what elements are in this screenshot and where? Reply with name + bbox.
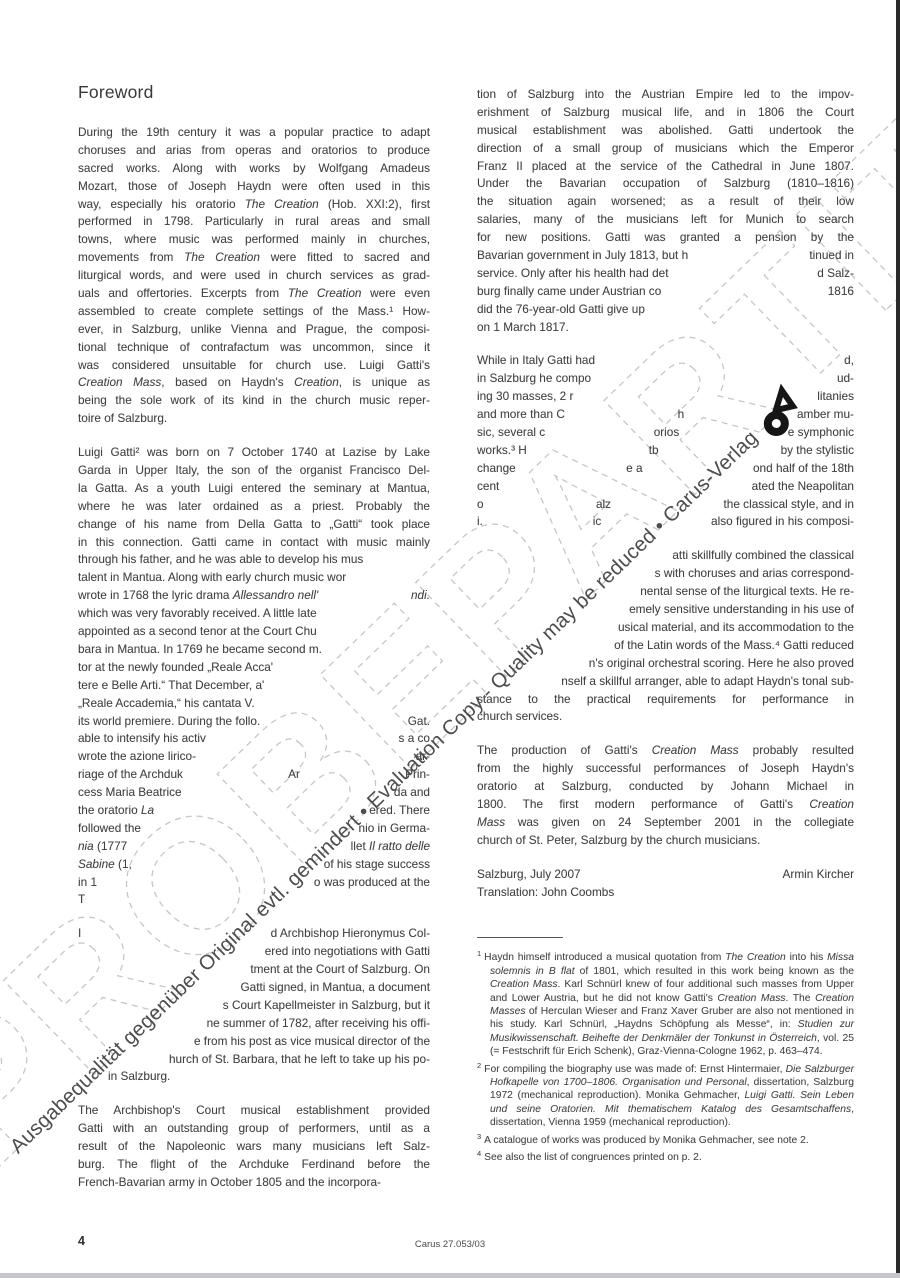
- text-fragment: performed in 1798. Particularly in rural…: [78, 214, 430, 228]
- text-fragment: musical establishment was abolished. Gat…: [477, 123, 854, 137]
- text-fragment: the classical style, and in: [724, 496, 855, 514]
- text-fragment: burg. The flight of the Archduke Ferdina…: [78, 1157, 430, 1171]
- text-fragment: Mass was given on 24 September 2001 in t…: [477, 815, 854, 829]
- text-fragment: the oratorio La: [78, 802, 154, 820]
- text-fragment: d Salz-: [817, 265, 854, 283]
- text-line: stance to the practical requirements for…: [477, 691, 854, 709]
- footnote: 3A catalogue of works was produced by Mo…: [477, 1130, 854, 1147]
- text-fragment: hurch of St. Barbara, that he left to ta…: [169, 1052, 430, 1066]
- paragraph: The Archbishop's Court musical establish…: [78, 1102, 430, 1191]
- text-fragment: While in Italy Gatti had: [477, 352, 595, 370]
- text-line: Sabine (1,of his stage success: [78, 856, 430, 874]
- text-fragment: tb: [649, 442, 659, 460]
- text-line: Gatti with an outstanding group of perfo…: [78, 1120, 430, 1138]
- text-line: „Reale Accademia,“ his cantata V.: [78, 695, 430, 713]
- text-line: towns, where music was performed mainly …: [78, 231, 430, 249]
- text-line: assembled to create complete settings of…: [78, 303, 430, 321]
- text-line: ever, in Salzburg, unlike Vienna and Pra…: [78, 321, 430, 339]
- footer-catalog-number: Carus 27.053/03: [0, 1239, 900, 1250]
- text-fragment: la Gatta. As a youth Luigi entered the s…: [78, 481, 430, 495]
- text-fragment: Armin Kircher: [783, 866, 854, 884]
- text-line: sic, several coriose symphonic: [477, 424, 854, 442]
- paragraph: Luigi Gatti² was born on 7 October 1740 …: [78, 444, 430, 909]
- text-fragment: ne summer of 1782, after receiving his o…: [207, 1016, 430, 1030]
- text-line: The production of Gatti's Creation Mass …: [477, 742, 854, 760]
- text-fragment: on 1 March 1817.: [477, 320, 569, 334]
- text-fragment: stance to the practical requirements for…: [477, 692, 854, 706]
- text-fragment: works.³ H: [477, 442, 527, 460]
- text-line: sacred works. Along with works by Wolfga…: [78, 160, 430, 178]
- text-fragment: o was produced at the: [314, 874, 430, 892]
- text-fragment: was considered unsuitable for church use…: [78, 358, 430, 372]
- page-edge-right: [896, 0, 900, 1278]
- text-line: burg. The flight of the Archduke Ferdina…: [78, 1156, 430, 1174]
- paragraph: During the 19th century it was a popular…: [78, 124, 430, 428]
- text-line: Mass was given on 24 September 2001 in t…: [477, 814, 854, 832]
- text-fragment: where he was later ordained as a priest.…: [78, 499, 430, 513]
- text-fragment: church of St. Peter, Salzburg by the chu…: [477, 833, 760, 847]
- text-line: liturgical words, and were used in churc…: [78, 267, 430, 285]
- text-fragment: towns, where music was performed mainly …: [78, 232, 430, 246]
- text-fragment: the situation again worsened; as a resul…: [477, 194, 854, 208]
- footnote-number: 4: [477, 1149, 484, 1158]
- text-fragment: tere e Belle Arti.“ That December, a': [78, 678, 264, 692]
- text-fragment: burg finally came under Austrian co: [477, 283, 661, 301]
- text-line: talent in Mantua. Along with early churc…: [78, 569, 430, 587]
- text-fragment: During the 19th century it was a popular…: [78, 125, 430, 139]
- text-fragment: Creation Mass, based on Haydn's Creation…: [78, 375, 430, 389]
- text-fragment: Luigi Gatti² was born on 7 October 1740 …: [78, 445, 430, 459]
- text-fragment: movements from The Creation were fitted …: [78, 250, 430, 264]
- text-line: tment at the Court of Salzburg. On: [78, 961, 430, 979]
- text-fragment: 1816: [828, 283, 854, 301]
- text-fragment: Gatti with an outstanding group of perfo…: [78, 1121, 430, 1135]
- text-fragment: uals and offertories. Excerpts from The …: [78, 286, 430, 300]
- text-fragment: oratorio at Salzburg, conducted by Johan…: [477, 779, 854, 793]
- text-line: able to intensify his activs a co: [78, 730, 430, 748]
- text-fragment: tional technique of contrafactum was unc…: [78, 340, 430, 354]
- text-fragment: of the Latin words of the Mass.⁴ Gatti r…: [614, 638, 854, 652]
- text-line: tional technique of contrafactum was unc…: [78, 339, 430, 357]
- paragraph: tion of Salzburg into the Austrian Empir…: [477, 86, 854, 336]
- text-fragment: talent in Mantua. Along with early churc…: [78, 570, 346, 584]
- text-line: choruses and arias from operas and orato…: [78, 142, 430, 160]
- text-fragment: ing 30 masses, 2 r: [477, 388, 573, 406]
- text-fragment: also figured in his composi-: [711, 513, 854, 531]
- text-line: changee aond half of the 18th: [477, 460, 854, 478]
- page: PROBEPARTITUR Foreword During the 19th c…: [0, 0, 900, 1278]
- text-line: on 1 March 1817.: [477, 319, 854, 337]
- text-line: oratorio at Salzburg, conducted by Johan…: [477, 778, 854, 796]
- text-fragment: usical material, and its accommodation t…: [618, 620, 854, 634]
- text-fragment: French-Bavarian army in October 1805 and…: [78, 1175, 381, 1189]
- text-line: was considered unsuitable for church use…: [78, 357, 430, 375]
- text-line: Franz II placed at the service of the Ca…: [477, 158, 854, 176]
- text-line: musical establishment was abolished. Gat…: [477, 122, 854, 140]
- text-line: through his father, and he was able to d…: [78, 551, 430, 569]
- paragraph: The production of Gatti's Creation Mass …: [477, 742, 854, 849]
- text-line: The Archbishop's Court musical establish…: [78, 1102, 430, 1120]
- text-fragment: through his father, and he was able to d…: [78, 552, 363, 566]
- text-fragment: e symphonic: [788, 424, 854, 442]
- text-fragment: ud-: [837, 370, 854, 388]
- text-fragment: erishment of Salzburg musical life, and …: [477, 105, 854, 119]
- text-fragment: toire of Salzburg.: [78, 411, 167, 425]
- text-fragment: I: [78, 925, 81, 943]
- text-line: its world premiere. During the follo.Gat…: [78, 713, 430, 731]
- text-fragment: bara in Mantua. In 1769 he became second…: [78, 642, 322, 656]
- text-line: works.³ Htbby the stylistic: [477, 442, 854, 460]
- text-line: performed in 1798. Particularly in rural…: [78, 213, 430, 231]
- text-fragment: d,: [844, 352, 854, 370]
- text-line: la Gatta. As a youth Luigi entered the s…: [78, 480, 430, 498]
- text-fragment: nself a skillful arranger, able to adapt…: [561, 674, 854, 688]
- text-fragment: change of his name from Della Gatta to „…: [78, 517, 430, 531]
- text-line: wrote in 1768 the lyric drama Allessandr…: [78, 587, 430, 605]
- text-fragment: Under the Bavarian occupation of Salzbur…: [477, 176, 854, 190]
- text-fragment: Bavarian government in July 1813, but h: [477, 247, 688, 265]
- text-line: erishment of Salzburg musical life, and …: [477, 104, 854, 122]
- text-line: tor at the newly founded „Reale Acca': [78, 659, 430, 677]
- text-fragment: n's original orchestral scoring. Here he…: [589, 656, 854, 670]
- text-fragment: Translation: John Coombs: [477, 885, 614, 899]
- text-fragment: cess Maria Beatrice: [78, 784, 182, 802]
- page-title: Foreword: [78, 82, 154, 103]
- text-line: wrote the azione lirico-ar-: [78, 748, 430, 766]
- text-fragment: d Archbishop Hieronymus Col-: [271, 925, 430, 943]
- text-fragment: e from his post as vice musical director…: [194, 1034, 430, 1048]
- paragraph: Salzburg, July 2007Armin KircherTranslat…: [477, 866, 854, 902]
- footnote: 2For compiling the biography use was mad…: [477, 1059, 854, 1130]
- text-line: While in Italy Gatti hadd,: [477, 352, 854, 370]
- text-fragment: assembled to create complete settings of…: [78, 304, 430, 318]
- text-fragment: tinued in: [809, 247, 854, 265]
- footnote-separator: [477, 937, 563, 938]
- text-line: where he was later ordained as a priest.…: [78, 498, 430, 516]
- text-line: movements from The Creation were fitted …: [78, 249, 430, 267]
- text-fragment: orios: [654, 424, 680, 442]
- text-fragment: and more than C: [477, 406, 565, 424]
- text-fragment: tion of Salzburg into the Austrian Empir…: [477, 87, 854, 101]
- text-fragment: for new positions. Gatti was granted a p…: [477, 230, 854, 244]
- text-fragment: alz: [596, 496, 611, 514]
- text-fragment: by the stylistic: [781, 442, 854, 460]
- text-line: Luigi Gatti² was born on 7 October 1740 …: [78, 444, 430, 462]
- text-line: 1800. The first modern performance of Ga…: [477, 796, 854, 814]
- footnote: 1Haydn himself introduced a musical quot…: [477, 947, 854, 1058]
- text-fragment: direction of a small group of musicians …: [477, 141, 854, 155]
- text-fragment: way, especially his oratorio The Creatio…: [78, 197, 430, 211]
- text-fragment: ond half of the 18th: [753, 460, 854, 478]
- text-fragment: T: [78, 892, 85, 906]
- text-line: Gatti signed, in Mantua, a document: [78, 979, 430, 997]
- text-fragment: The Archbishop's Court musical establish…: [78, 1103, 430, 1117]
- text-fragment: salaries, many of the musicians left for…: [477, 212, 854, 226]
- text-line: service. Only after his health had detd …: [477, 265, 854, 283]
- text-line: in this connection. Gatti came in contac…: [78, 534, 430, 552]
- text-fragment: able to intensify his activ: [78, 730, 206, 748]
- text-line: s with choruses and arias correspond-: [477, 565, 854, 583]
- text-line: Creation Mass, based on Haydn's Creation…: [78, 374, 430, 392]
- text-fragment: wrote in 1768 the lyric drama Allessandr…: [78, 587, 318, 605]
- text-fragment: „Reale Accademia,“ his cantata V.: [78, 696, 255, 710]
- text-line: church services.: [477, 708, 854, 726]
- text-fragment: sic, several c: [477, 424, 545, 442]
- text-line: Bavarian government in July 1813, but ht…: [477, 247, 854, 265]
- text-line: nental sense of the liturgical texts. He…: [477, 583, 854, 601]
- text-line: Mozart, those of Joseph Haydn were often…: [78, 178, 430, 196]
- text-fragment: did the 76-year-old Gatti give up: [477, 302, 645, 316]
- text-fragment: ndi.: [411, 587, 430, 605]
- text-fragment: followed the: [78, 820, 141, 838]
- text-line: atti skillfully combined the classical: [477, 547, 854, 565]
- text-fragment: ever, in Salzburg, unlike Vienna and Pra…: [78, 322, 430, 336]
- text-line: the situation again worsened; as a resul…: [477, 193, 854, 211]
- text-line: result of the Napoleonic wars many music…: [78, 1138, 430, 1156]
- text-line: church of St. Peter, Salzburg by the chu…: [477, 832, 854, 850]
- text-line: which was very favorably received. A lit…: [78, 605, 430, 623]
- text-line: toire of Salzburg.: [78, 410, 430, 428]
- text-fragment: change: [477, 460, 516, 478]
- text-fragment: h: [678, 406, 685, 424]
- text-line: salaries, many of the musicians left for…: [477, 211, 854, 229]
- text-fragment: Mozart, those of Joseph Haydn were often…: [78, 179, 430, 193]
- text-line: being the sole work of its kind in the c…: [78, 392, 430, 410]
- text-fragment: Franz II placed at the service of the Ca…: [477, 159, 854, 173]
- text-fragment: choruses and arias from operas and orato…: [78, 143, 430, 157]
- text-fragment: litanies: [817, 388, 854, 406]
- text-fragment: appointed as a second tenor at the Court…: [78, 624, 317, 638]
- text-fragment: s with choruses and arias correspond-: [655, 566, 854, 580]
- text-line: from the highly successful performances …: [477, 760, 854, 778]
- text-fragment: in 1: [78, 874, 97, 892]
- text-fragment: Salzburg, July 2007: [477, 866, 581, 884]
- text-fragment: e a: [626, 460, 642, 478]
- text-line: Garda in Upper Italy, the son of the org…: [78, 462, 430, 480]
- text-fragment: riage of the Archduk: [78, 766, 183, 784]
- text-fragment: ic: [593, 513, 602, 531]
- footnote-number: 3: [477, 1132, 484, 1141]
- text-line: tion of Salzburg into the Austrian Empir…: [477, 86, 854, 104]
- text-fragment: sacred works. Along with works by Wolfga…: [78, 161, 430, 175]
- text-line: During the 19th century it was a popular…: [78, 124, 430, 142]
- text-fragment: being the sole work of its kind in the c…: [78, 393, 430, 407]
- text-fragment: o: [477, 496, 484, 514]
- text-fragment: 1800. The first modern performance of Ga…: [477, 797, 854, 811]
- text-line: in Salzburg he compoud-: [477, 370, 854, 388]
- footnote-number: 2: [477, 1061, 484, 1070]
- text-fragment: service. Only after his health had det: [477, 265, 668, 283]
- text-fragment: ered into negotiations with Gatti: [265, 944, 430, 958]
- text-line: did the 76-year-old Gatti give up: [477, 301, 854, 319]
- text-fragment: Garda in Upper Italy, the son of the org…: [78, 463, 430, 477]
- text-line: Under the Bavarian occupation of Salzbur…: [477, 175, 854, 193]
- text-fragment: in this connection. Gatti came in contac…: [78, 535, 430, 549]
- text-fragment: cent: [477, 478, 499, 496]
- text-fragment: in Salzburg he compo: [477, 370, 591, 388]
- footnote: 4See also the list of congruences printe…: [477, 1147, 854, 1164]
- text-fragment: from the highly successful performances …: [477, 761, 854, 775]
- text-line: emely sensitive understanding in his use…: [477, 601, 854, 619]
- text-line: direction of a small group of musicians …: [477, 140, 854, 158]
- text-fragment: tment at the Court of Salzburg. On: [250, 962, 430, 976]
- text-line: for new positions. Gatti was granted a p…: [477, 229, 854, 247]
- footnote-number: 1: [477, 949, 484, 958]
- text-fragment: ated the Neapolitan: [752, 478, 854, 496]
- text-fragment: emely sensitive understanding in his use…: [629, 602, 854, 616]
- text-fragment: liturgical words, and were used in churc…: [78, 268, 430, 282]
- text-fragment: The production of Gatti's Creation Mass …: [477, 743, 854, 757]
- page-edge-bottom: [0, 1273, 900, 1278]
- text-line: French-Bavarian army in October 1805 and…: [78, 1174, 430, 1192]
- text-fragment: atti skillfully combined the classical: [672, 548, 854, 562]
- text-fragment: s Court Kapellmeister in Salzburg, but i…: [223, 998, 430, 1012]
- text-fragment: Ar: [288, 766, 300, 784]
- text-fragment: nental sense of the liturgical texts. He…: [640, 584, 854, 598]
- text-fragment: result of the Napoleonic wars many music…: [78, 1139, 430, 1153]
- text-line: nia (1777llet Il ratto delle: [78, 838, 430, 856]
- text-line: way, especially his oratorio The Creatio…: [78, 196, 430, 214]
- text-line: appointed as a second tenor at the Court…: [78, 623, 430, 641]
- text-fragment: its world premiere. During the follo.: [78, 713, 260, 731]
- text-line: burg finally came under Austrian co1816: [477, 283, 854, 301]
- text-line: in Salzburg.: [78, 1068, 430, 1086]
- text-fragment: tor at the newly founded „Reale Acca': [78, 660, 273, 674]
- text-fragment: nia (1777: [78, 838, 127, 856]
- footnotes: 1Haydn himself introduced a musical quot…: [477, 947, 854, 1164]
- text-line: tere e Belle Arti.“ That December, a': [78, 677, 430, 695]
- text-line: uals and offertories. Excerpts from The …: [78, 285, 430, 303]
- text-fragment: Sabine (1,: [78, 856, 132, 874]
- text-line: Translation: John Coombs: [477, 884, 854, 902]
- text-fragment: i.: [477, 513, 483, 531]
- text-fragment: which was very favorably received. A lit…: [78, 606, 317, 620]
- text-line: Salzburg, July 2007Armin Kircher: [477, 866, 854, 884]
- text-line: bara in Mantua. In 1769 he became second…: [78, 641, 430, 659]
- text-fragment: Gatti signed, in Mantua, a document: [240, 980, 430, 994]
- text-fragment: wrote the azione lirico-: [78, 748, 196, 766]
- text-line: change of his name from Della Gatta to „…: [78, 516, 430, 534]
